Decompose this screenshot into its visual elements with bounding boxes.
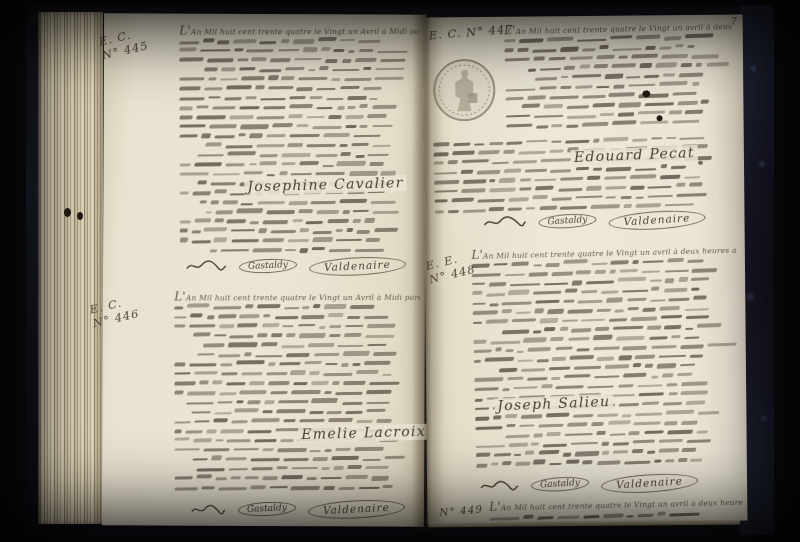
- paraph-flourish-icon: [185, 259, 227, 273]
- stacked-page-edges: [38, 12, 103, 524]
- entry-445-handwriting: [179, 36, 420, 255]
- ink-blot: [642, 90, 650, 97]
- signature-valdenaire: Valdenaire: [608, 208, 706, 232]
- entry-445-opening-line: L'An Mil huit cent trente quatre le Ving…: [179, 24, 419, 37]
- entry-447-body-upper: L'An Mil huit cent trente quatre le Ving…: [504, 19, 737, 136]
- signature-gastaldy: Gastaldy: [239, 258, 297, 275]
- entry-447-handwriting: [504, 31, 736, 136]
- entry-448-body: L'An Mil huit cent trente quatre le Ving…: [471, 243, 742, 475]
- signature-valdenaire: Valdenaire: [307, 498, 405, 521]
- entry-445-signature-row: Gastaldy Valdenaire: [185, 257, 406, 276]
- register-scan-photo: E. C. N° 445 L'An Mil huit cent trente q…: [0, 0, 800, 542]
- entry-445-body: L'An Mil huit cent trente quatre le Ving…: [179, 24, 420, 255]
- wormhole-blot: [64, 208, 71, 217]
- paraph-flourish-icon: [482, 215, 526, 229]
- entry-445-margin-label: E. C. N° 445: [97, 25, 150, 64]
- entry-448-signature-row: Gastaldy Valdenaire: [479, 474, 698, 494]
- signature-gastaldy: Gastaldy: [531, 475, 590, 493]
- entry-447-signature-row: Gastaldy Valdenaire: [482, 211, 705, 231]
- signature-gastaldy: Gastaldy: [238, 501, 296, 518]
- paraph-flourish-icon: [479, 478, 519, 491]
- ink-blot: [657, 115, 663, 121]
- entry-449-margin-label: N° 449: [439, 503, 484, 520]
- entry-446-handwriting: [174, 302, 421, 497]
- left-page: E. C. N° 445 L'An Mil huit cent trente q…: [102, 13, 426, 526]
- wormhole-blot: [77, 212, 83, 220]
- signature-valdenaire: Valdenaire: [600, 471, 698, 495]
- signature-gastaldy: Gastaldy: [538, 212, 597, 230]
- book-gutter-shadow: [412, 10, 444, 530]
- signature-valdenaire: Valdenaire: [309, 255, 407, 278]
- entry-446-opening-line: L'An Mil huit cent trente quatre le Ving…: [174, 290, 420, 303]
- ink-blot: [698, 161, 703, 165]
- entry-448-handwriting: [472, 255, 743, 475]
- entry-446-signature-row: Gastaldy Valdenaire: [190, 500, 405, 519]
- page-corner-number: 7: [731, 17, 737, 28]
- paraph-flourish-icon: [190, 502, 226, 515]
- right-page: 7 E. C. N° 447 L'An Mil huit cent trente…: [423, 14, 748, 523]
- entry-446-body: L'An Mil huit cent trente quatre le Ving…: [174, 290, 421, 497]
